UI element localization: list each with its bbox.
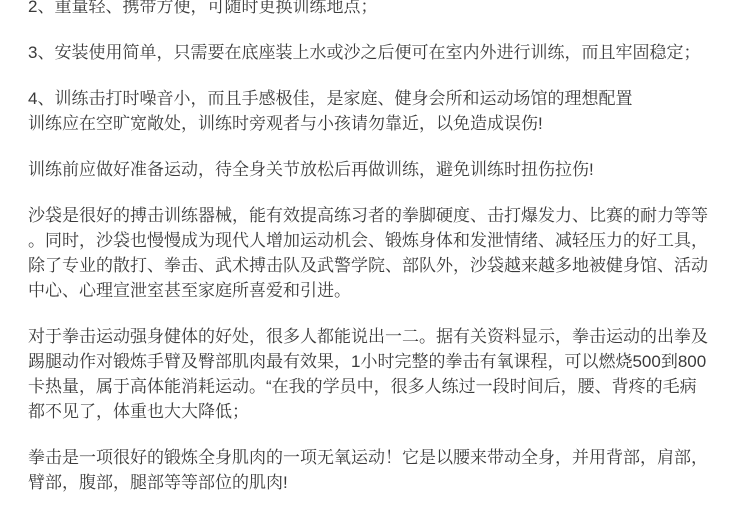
text-line: 2、重量轻、携带方便，可随时更换训练地点； (28, 0, 716, 19)
text-line: 都不见了，体重也大大降低； (28, 399, 716, 424)
paragraph: 4、训练击打时噪音小，而且手感极佳，是家庭、健身会所和运动场馆的理想配置训练应在… (28, 86, 716, 136)
paragraph: 3、安装使用简单，只需要在底座装上水或沙之后便可在室内外进行训练，而且牢固稳定； (28, 40, 716, 65)
paragraph: 沙袋是很好的搏击训练器械，能有效提高练习者的拳脚硬度、击打爆发力、比赛的耐力等等… (28, 203, 716, 303)
product-description-text: 2、重量轻、携带方便，可随时更换训练地点；3、安装使用简单，只需要在底座装上水或… (28, 0, 716, 495)
text-line: 卡热量，属于高体能消耗运动。“在我的学员中，很多人练过一段时间后，腰、背疼的毛病 (28, 374, 716, 399)
text-line: 对于拳击运动强身健体的好处，很多人都能说出一二。据有关资料显示，拳击运动的出拳及 (28, 324, 716, 349)
text-line: 沙袋是很好的搏击训练器械，能有效提高练习者的拳脚硬度、击打爆发力、比赛的耐力等等 (28, 203, 716, 228)
paragraph: 拳击是一项很好的锻炼全身肌肉的一项无氧运动！它是以腰来带动全身，并用背部，肩部，… (28, 445, 716, 495)
paragraph: 2、重量轻、携带方便，可随时更换训练地点； (28, 0, 716, 19)
text-line: 臂部，腹部，腿部等等部位的肌肉! (28, 470, 716, 495)
text-line: 3、安装使用简单，只需要在底座装上水或沙之后便可在室内外进行训练，而且牢固稳定； (28, 40, 716, 65)
text-line: 。同时，沙袋也慢慢成为现代人增加运动机会、锻炼身体和发泄情绪、减轻压力的好工具， (28, 228, 716, 253)
text-line: 中心、心理宣泄室甚至家庭所喜爱和引进。 (28, 278, 716, 303)
text-line: 训练前应做好准备运动，待全身关节放松后再做训练，避免训练时扭伤拉伤! (28, 157, 716, 182)
text-line: 踢腿动作对锻炼手臂及臀部肌肉最有效果，1小时完整的拳击有氧课程，可以燃烧500到… (28, 349, 716, 374)
paragraph: 训练前应做好准备运动，待全身关节放松后再做训练，避免训练时扭伤拉伤! (28, 157, 716, 182)
text-line: 拳击是一项很好的锻炼全身肌肉的一项无氧运动！它是以腰来带动全身，并用背部，肩部， (28, 445, 716, 470)
paragraph: 对于拳击运动强身健体的好处，很多人都能说出一二。据有关资料显示，拳击运动的出拳及… (28, 324, 716, 424)
text-line: 除了专业的散打、拳击、武术搏击队及武警学院、部队外，沙袋越来越多地被健身馆、活动 (28, 253, 716, 278)
text-line: 训练应在空旷宽敞处，训练时旁观者与小孩请勿靠近，以免造成误伤! (28, 111, 716, 136)
text-line: 4、训练击打时噪音小，而且手感极佳，是家庭、健身会所和运动场馆的理想配置 (28, 86, 716, 111)
